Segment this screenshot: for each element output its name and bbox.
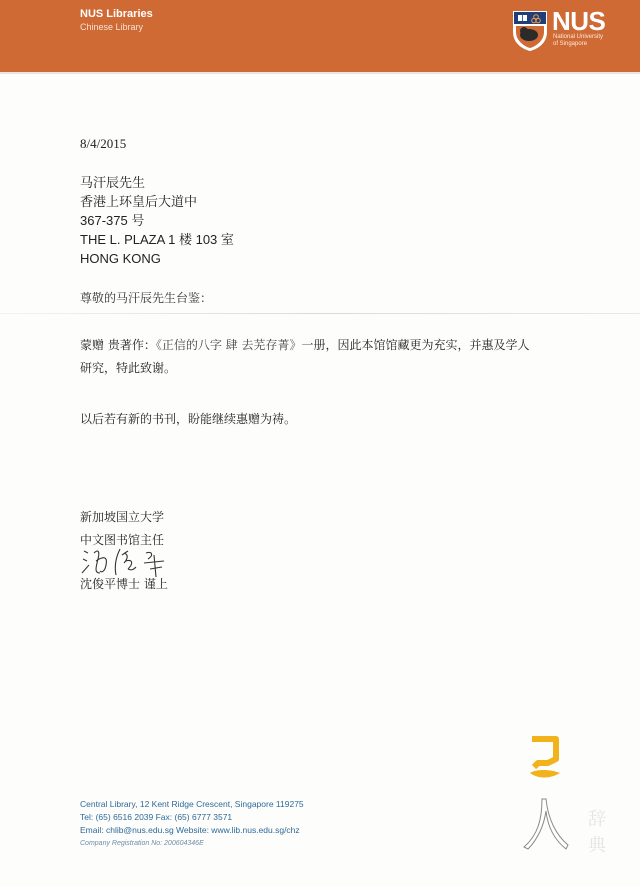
address-line: THE L. PLAZA 1 楼 103 室 [80,230,234,249]
nus-sub-line2: of Singapore [553,41,603,48]
watermark-char-1: 辞 [588,805,606,831]
nus-logo: NUS National University of Singapore [512,10,630,54]
watermark-logo: 辞 典 [520,735,630,875]
body-rest: 一册，因此本馆馆藏更为充实，并惠及学人 [301,338,529,352]
body-line-2: 研究，特此致谢。 [80,361,176,375]
footer-contact: Email: chlib@nus.edu.sg Website: www.lib… [80,824,304,837]
paper-fold-line [0,313,640,314]
letter-body-paragraph-1: 蒙赠 贵著作：《正信的八字 肆 去芜存菁》一册，因此本馆馆藏更为充实，并惠及学人… [80,334,560,380]
closing-institution: 新加坡国立大学 [80,506,164,529]
watermark-person-char-icon [520,795,570,855]
banner-edge [0,72,640,74]
footer-address: Central Library, 12 Kent Ridge Crescent,… [80,798,304,811]
letter-date: 8/4/2015 [80,136,126,152]
watermark-emblem-icon [520,735,570,785]
nus-crest-icon [512,10,548,52]
watermark-char-2: 典 [588,831,606,857]
salutation: 尊敬的马汗辰先生台鉴： [80,289,212,306]
address-line: 马汗辰先生 [80,173,234,192]
address-line: HONG KONG [80,249,234,268]
address-line: 367-375 号 [80,211,234,230]
handwritten-signature-icon [80,543,190,579]
footer-phone: Tel: (65) 6516 2039 Fax: (65) 6777 3571 [80,811,304,824]
letterhead-banner: NUS Libraries Chinese Library NUS Nation… [0,0,640,72]
nus-sub-line1: National University [553,34,603,41]
recipient-address: 马汗辰先生 香港上环皇后大道中 367-375 号 THE L. PLAZA 1… [80,173,234,268]
letter-body-paragraph-2: 以后若有新的书刊，盼能继续惠赠为祷。 [80,410,296,427]
body-prefix: 蒙赠 贵著作： [80,338,156,352]
signer-name: 沈俊平博士 谨上 [80,575,168,592]
address-line: 香港上环皇后大道中 [80,192,234,211]
nus-wordmark: NUS [552,6,605,37]
library-subtitle: Chinese Library [80,22,143,32]
library-name: NUS Libraries [80,8,153,20]
letter-footer: Central Library, 12 Kent Ridge Crescent,… [80,798,304,850]
footer-registration: Company Registration No: 200604346E [80,837,304,850]
nus-full-name: National University of Singapore [553,34,603,48]
book-title: 《正信的八字 肆 去芜存菁》 [156,338,302,352]
